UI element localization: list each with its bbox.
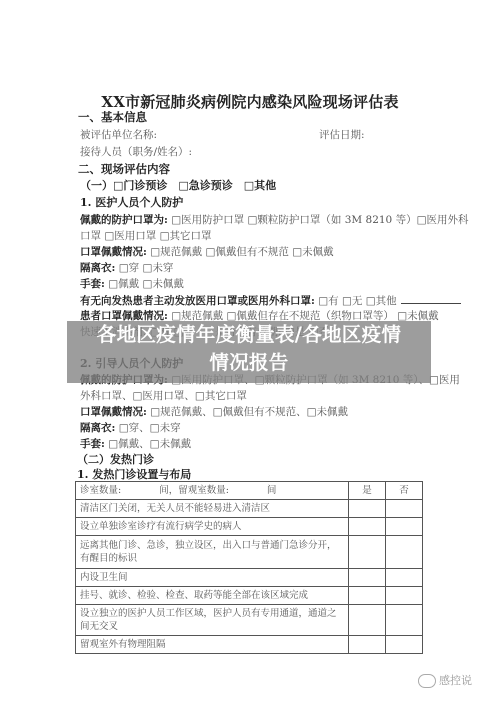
no-cell[interactable] xyxy=(386,518,423,536)
mask-wear-options: □规范佩戴 □佩戴但有不规范 □未佩戴 xyxy=(147,246,334,258)
guide-gloves-options: □佩戴、□未佩戴 xyxy=(105,438,191,450)
section-basic-info-heading: 一、基本信息 xyxy=(78,110,147,124)
table-row: 远离其他门诊、急诊，独立设区，出入口与普通门急诊分开，有醒目的标识 xyxy=(76,536,423,569)
table-cell: 留观室外有物理阻隔 xyxy=(76,636,349,654)
table-cell: 设立独立的医护人员工作区域，医护人员有专用通道，通道之间无交叉 xyxy=(76,605,349,636)
guide-mask-type-options-cont: 外科口罩、□医用口罩、□其它口罩 xyxy=(80,389,247,403)
yes-cell[interactable] xyxy=(349,536,386,569)
no-cell[interactable] xyxy=(386,536,423,569)
table-cell: 挂号、就诊、检验、检查、取药等能全部在该区域完成 xyxy=(76,587,349,605)
table-row: 留观室外有物理阻隔 xyxy=(76,636,423,654)
fever-clinic-layout-heading: 1. 发热门诊设置与布局 xyxy=(77,468,191,482)
fever-clinic-heading: （二）发热门诊 xyxy=(77,453,154,467)
section-onsite-heading: 二、现场评估内容 xyxy=(78,162,170,176)
mask-type-options: □医用防护口罩 □颗粒防护口罩（如 3M 8210 等）□医用外科 xyxy=(168,214,469,226)
mask-type-options-cont: 口罩 □医用口罩 □其它口罩 xyxy=(80,229,212,243)
gown-options: □穿 □未穿 xyxy=(115,262,173,274)
unit-name-label: 被评估单位名称: xyxy=(80,128,157,142)
fever-mask-label: 有无向发热患者主动发放医用口罩或医用外科口罩: xyxy=(80,295,315,307)
mask-type-label: 佩戴的防护口罩为: xyxy=(80,214,168,226)
banner-title: 各地区疫情年度衡量表/各地区疫情 情况报告 xyxy=(67,321,431,377)
fever-mask-options: □有 □无 □其他 xyxy=(315,295,397,307)
mask-wear-label: 口罩佩戴情况: xyxy=(80,246,147,258)
fill-blank xyxy=(401,293,461,304)
table-row: 设立单独诊室诊疗有流行病学史的病人 xyxy=(76,518,423,536)
gloves-options: □佩戴 □未佩戴 xyxy=(105,278,184,290)
triage-type-options: （一）□门诊预诊 □急诊预诊 □其他 xyxy=(80,179,276,193)
yes-cell[interactable] xyxy=(349,605,386,636)
watermark-text: 感控说 xyxy=(439,674,472,687)
gown-label: 隔离衣: xyxy=(80,262,115,274)
guide-gown-options: □穿、□未穿 xyxy=(115,422,180,434)
table-cell: 设立单独诊室诊疗有流行病学史的病人 xyxy=(76,518,349,536)
table-row: 清洁区门关闭，无关人员不能轻易进入清洁区 xyxy=(76,500,423,518)
yes-cell[interactable] xyxy=(349,569,386,587)
gloves-label: 手套: xyxy=(80,278,105,290)
table-row: 设立独立的医护人员工作区域，医护人员有专用通道，通道之间无交叉 xyxy=(76,605,423,636)
table-header-row: 诊室数量: 间，留观室数量: 间 是 否 xyxy=(76,482,423,500)
table-row: 内设卫生间 xyxy=(76,569,423,587)
table-row: 挂号、就诊、检验、检查、取药等能全部在该区域完成 xyxy=(76,587,423,605)
table-cell: 诊室数量: 间，留观室数量: 间 xyxy=(76,482,349,500)
guide-gloves-label: 手套: xyxy=(80,438,105,450)
guide-mask-wear-label: 口罩佩戴情况: xyxy=(80,406,147,418)
medical-staff-protection-heading: 1. 医护人员个人防护 xyxy=(80,196,183,210)
source-watermark: 感控说 xyxy=(418,672,472,688)
table-cell: 清洁区门关闭，无关人员不能轻易进入清洁区 xyxy=(76,500,349,518)
wechat-icon xyxy=(418,674,436,688)
table-cell: 内设卫生间 xyxy=(76,569,349,587)
no-cell[interactable] xyxy=(386,636,423,654)
table-cell: 远离其他门诊、急诊，独立设区，出入口与普通门急诊分开，有醒目的标识 xyxy=(76,536,349,569)
no-cell[interactable] xyxy=(386,500,423,518)
guide-mask-wear-options: □规范佩戴、□佩戴但有不规范、□未佩戴 xyxy=(147,406,348,418)
yes-cell[interactable] xyxy=(349,500,386,518)
document-title: XX市新冠肺炎病例院内感染风险现场评估表 xyxy=(0,91,500,112)
fever-clinic-table: 诊室数量: 间，留观室数量: 间 是 否 清洁区门关闭，无关人员不能轻易进入清洁… xyxy=(75,481,423,654)
no-column-header: 否 xyxy=(386,482,423,500)
yes-column-header: 是 xyxy=(349,482,386,500)
no-cell[interactable] xyxy=(386,587,423,605)
guide-gown-label: 隔离衣: xyxy=(80,422,115,434)
reception-staff-label: 接待人员（职务/姓名）: xyxy=(80,145,192,159)
no-cell[interactable] xyxy=(386,569,423,587)
assessment-date-label: 评估日期: xyxy=(319,128,365,142)
yes-cell[interactable] xyxy=(349,587,386,605)
yes-cell[interactable] xyxy=(349,518,386,536)
banner-title-line2: 情况报告 xyxy=(67,349,431,377)
banner-title-line1: 各地区疫情年度衡量表/各地区疫情 xyxy=(67,321,431,349)
yes-cell[interactable] xyxy=(349,636,386,654)
no-cell[interactable] xyxy=(386,605,423,636)
